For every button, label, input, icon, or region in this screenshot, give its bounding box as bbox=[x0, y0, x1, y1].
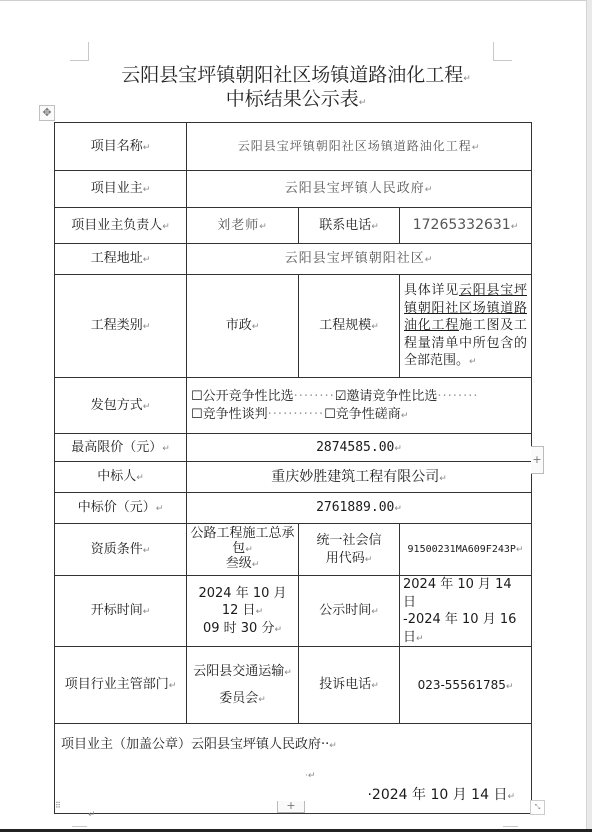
checkbox-unchecked-icon: ☐ bbox=[191, 406, 203, 424]
table-move-handle-icon[interactable]: ✥ bbox=[39, 105, 55, 121]
margin-corner-bottom-right bbox=[503, 826, 518, 830]
margin-corner-top-right bbox=[493, 42, 512, 61]
bid-result-table: 项目名称↵ 云阳县宝坪镇朝阳社区场镇道路油化工程↵ 项目业主↵ 云阳县宝坪镇人民… bbox=[54, 122, 532, 814]
document-title-line1: 云阳县宝坪镇朝阳社区场镇道路油化工程↵ bbox=[0, 60, 592, 87]
row-contract-method: 发包方式↵ ☐公开竞争性比选········☑邀请竞争性比选········ ☐… bbox=[55, 378, 532, 434]
footer-dot: ·↵ bbox=[305, 770, 315, 782]
document-title-line2: 中标结果公示表↵ bbox=[0, 84, 592, 111]
row-project-category: 工程类别↵ 市政↵ 工程规模↵ 具体详见云阳县宝坪镇朝阳社区场镇道路油化工程施工… bbox=[55, 275, 532, 378]
footer-date: ·2024 年 10 月 14 日↵ bbox=[367, 786, 515, 805]
label-project-owner: 项目业主↵ bbox=[55, 171, 187, 208]
label-credit-code: 统一社会信用代码↵ bbox=[299, 524, 400, 576]
checkbox-checked-icon: ☑ bbox=[335, 388, 347, 406]
label-contract-method: 发包方式↵ bbox=[55, 378, 187, 434]
label-winning-bidder: 中标人↵ bbox=[55, 462, 187, 493]
margin-corner-top-left bbox=[70, 42, 89, 61]
label-publicity-time: 公示时间↵ bbox=[299, 576, 400, 647]
value-supervising-dept[interactable]: 云阳县交通运输↵委员会↵ bbox=[187, 647, 299, 724]
row-max-price: 最高限价（元）↵ 2874585.00↵ bbox=[55, 434, 532, 462]
value-complaint-phone[interactable]: 023-55561785↵ bbox=[400, 647, 532, 724]
label-max-price: 最高限价（元）↵ bbox=[55, 434, 187, 462]
row-supervising-dept: 项目行业主管部门↵ 云阳县交通运输↵委员会↵ 投诉电话↵ 023-5556178… bbox=[55, 647, 532, 724]
label-project-category: 工程类别↵ bbox=[55, 275, 187, 378]
value-contract-method: ☐公开竞争性比选········☑邀请竞争性比选········ ☐竞争性谈判·… bbox=[187, 378, 532, 434]
value-credit-code[interactable]: 91500231MA609F243P↵ bbox=[400, 524, 532, 576]
checkbox-competitive-consultation[interactable]: ☐竞争性磋商 bbox=[324, 407, 401, 422]
checkbox-unchecked-icon: ☐ bbox=[191, 388, 203, 406]
label-owner-contact: 项目业主负责人↵ bbox=[55, 208, 187, 244]
row-project-address: 工程地址↵ 云阳县宝坪镇朝阳社区↵ bbox=[55, 244, 532, 275]
label-complaint-phone: 投诉电话↵ bbox=[299, 647, 400, 724]
value-publicity-time[interactable]: 2024 年 10 月 14 日-2024 年 10 月 16 日↵ bbox=[400, 576, 532, 647]
value-owner-contact[interactable]: 刘老师↵ bbox=[187, 208, 299, 244]
row-owner-contact: 项目业主负责人↵ 刘老师↵ 联系电话↵ 17265332631↵ bbox=[55, 208, 532, 244]
label-project-scale: 工程规模↵ bbox=[299, 275, 400, 378]
label-winning-price: 中标价（元）↵ bbox=[55, 493, 187, 524]
checkbox-invited-competitive[interactable]: ☑邀请竞争性比选 bbox=[335, 389, 438, 404]
value-max-price[interactable]: 2874585.00↵ bbox=[187, 434, 532, 462]
value-winning-price[interactable]: 2761889.00↵ bbox=[187, 493, 532, 524]
paragraph-mark: ↵ bbox=[88, 810, 96, 820]
seal-text: 项目业主（加盖公章）云阳县宝坪镇人民政府·· bbox=[61, 737, 329, 752]
value-project-address[interactable]: 云阳县宝坪镇朝阳社区↵ bbox=[187, 244, 532, 275]
label-contact-phone: 联系电话↵ bbox=[299, 208, 400, 244]
label-qualification: 资质条件↵ bbox=[55, 524, 187, 576]
table-resize-handle-icon[interactable]: ⤡ bbox=[530, 800, 545, 815]
row-winning-bidder: 中标人↵ 重庆妙胜建筑工程有限公司↵ bbox=[55, 462, 532, 493]
row-bid-opening: 开标时间↵ 2024 年 10 月 12 日↵09 时 30 分↵ 公示时间↵ … bbox=[55, 576, 532, 647]
vertical-scrollbar[interactable] bbox=[586, 0, 592, 832]
value-bid-opening[interactable]: 2024 年 10 月 12 日↵09 时 30 分↵ bbox=[187, 576, 299, 647]
page-top-edge bbox=[0, 0, 592, 1]
value-project-name[interactable]: 云阳县宝坪镇朝阳社区场镇道路油化工程↵ bbox=[187, 123, 532, 171]
value-winning-bidder[interactable]: 重庆妙胜建筑工程有限公司↵ bbox=[187, 462, 532, 493]
value-project-scale[interactable]: 具体详见云阳县宝坪镇朝阳社区场镇道路油化工程施工图及工程量清单中所包含的全部范围… bbox=[400, 275, 532, 378]
margin-corner-bottom-left bbox=[72, 826, 87, 830]
checkbox-competitive-negotiation[interactable]: ☐竞争性谈判 bbox=[191, 407, 268, 422]
label-project-address: 工程地址↵ bbox=[55, 244, 187, 275]
value-contact-phone[interactable]: 17265332631↵ bbox=[400, 208, 532, 244]
row-qualification: 资质条件↵ 公路工程施工总承包↵叁级↵ 统一社会信用代码↵ 91500231MA… bbox=[55, 524, 532, 576]
checkbox-unchecked-icon: ☐ bbox=[324, 406, 336, 424]
label-supervising-dept: 项目行业主管部门↵ bbox=[55, 647, 187, 724]
table-select-handle-icon[interactable]: ⠿ bbox=[55, 803, 63, 817]
label-project-name: 项目名称↵ bbox=[55, 123, 187, 171]
add-row-button[interactable]: + bbox=[277, 801, 305, 813]
value-qualification[interactable]: 公路工程施工总承包↵叁级↵ bbox=[187, 524, 299, 576]
row-project-name: 项目名称↵ 云阳县宝坪镇朝阳社区场镇道路油化工程↵ bbox=[55, 123, 532, 171]
label-bid-opening: 开标时间↵ bbox=[55, 576, 187, 647]
value-project-category[interactable]: 市政↵ bbox=[187, 275, 299, 378]
value-project-owner[interactable]: 云阳县宝坪镇人民政府↵ bbox=[187, 171, 532, 208]
row-project-owner: 项目业主↵ 云阳县宝坪镇人民政府↵ bbox=[55, 171, 532, 208]
checkbox-open-competitive[interactable]: ☐公开竞争性比选 bbox=[191, 389, 294, 404]
row-winning-price: 中标价（元）↵ 2761889.00↵ bbox=[55, 493, 532, 524]
add-column-button[interactable]: + bbox=[531, 446, 544, 474]
